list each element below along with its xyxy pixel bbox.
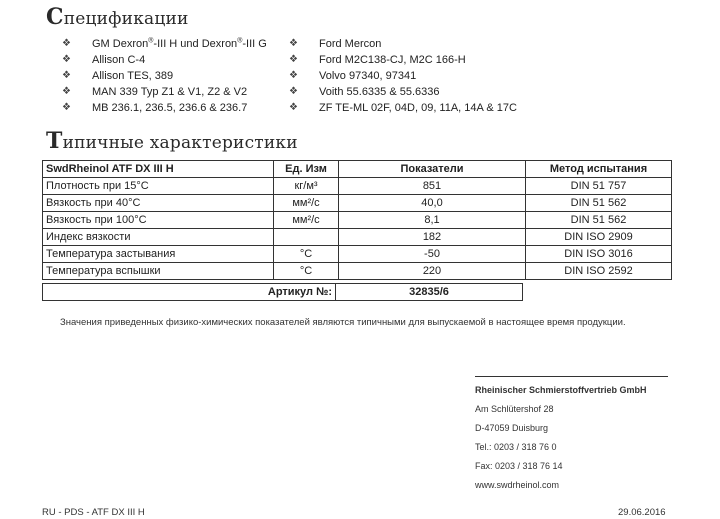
property-method: DIN 51 562 <box>526 212 672 229</box>
property-value: 182 <box>339 229 526 246</box>
spec-item: ❖Voith 55.6335 & 55.6336 <box>289 84 517 100</box>
article-row: Артикул №: 32835/6 <box>43 284 523 301</box>
article-number-table: Артикул №: 32835/6 <box>42 283 523 301</box>
property-unit: мм²/с <box>274 195 339 212</box>
spec-item: ❖MB 236.1, 236.5, 236.6 & 236.7 <box>62 100 267 116</box>
diamond-bullet-icon: ❖ <box>289 36 299 52</box>
property-method: DIN ISO 3016 <box>526 246 672 263</box>
property-unit: мм²/с <box>274 212 339 229</box>
column-header-product: SwdRheinol ATF DX III H <box>43 161 274 178</box>
property-unit: кг/м³ <box>274 178 339 195</box>
property-value: 851 <box>339 178 526 195</box>
specifications-heading: Спецификации <box>46 4 189 30</box>
property-method: DIN 51 562 <box>526 195 672 212</box>
spec-text: Allison TES, 389 <box>92 70 173 82</box>
table-row: Вязкость при 100°C мм²/с 8,1 DIN 51 562 <box>43 212 672 229</box>
document-id: RU - PDS - ATF DX III H <box>42 507 145 518</box>
spec-item: ❖MAN 339 Typ Z1 & V1, Z2 & V2 <box>62 84 267 100</box>
diamond-bullet-icon: ❖ <box>62 52 72 68</box>
diamond-bullet-icon: ❖ <box>62 84 72 100</box>
property-method: DIN ISO 2592 <box>526 263 672 280</box>
typical-characteristics-heading: Типичные характеристики <box>46 128 298 154</box>
document-date: 29.06.2016 <box>618 507 666 518</box>
address-city: D-47059 Duisburg <box>475 419 668 438</box>
property-unit: °C <box>274 246 339 263</box>
diamond-bullet-icon: ❖ <box>62 36 72 52</box>
property-name: Температура застывания <box>43 246 274 263</box>
spec-item: ❖Allison C-4 <box>62 52 267 68</box>
property-name: Индекс вязкости <box>43 229 274 246</box>
spec-item: ❖Ford Mercon <box>289 36 517 52</box>
diamond-bullet-icon: ❖ <box>289 84 299 100</box>
address-website: www.swdrheinol.com <box>475 476 668 495</box>
spec-text: Ford M2C138-CJ, M2C 166-H <box>319 54 466 66</box>
typical-values-note: Значения приведенных физико-химических п… <box>60 317 626 328</box>
heading-text: пецификации <box>64 9 189 29</box>
spec-item: ❖ZF TE-ML 02F, 04D, 09, 11A, 14A & 17C <box>289 100 517 116</box>
table-row: Температура вспышки °C 220 DIN ISO 2592 <box>43 263 672 280</box>
property-name: Вязкость при 100°C <box>43 212 274 229</box>
heading-text: ипичные характеристики <box>63 133 298 153</box>
spec-item: ❖Ford M2C138-CJ, M2C 166-H <box>289 52 517 68</box>
column-header-unit: Ед. Изм <box>274 161 339 178</box>
spec-text: Volvo 97340, 97341 <box>319 70 416 82</box>
heading-initial: Т <box>46 128 63 154</box>
property-name: Температура вспышки <box>43 263 274 280</box>
spec-text: MB 236.1, 236.5, 236.6 & 236.7 <box>92 102 247 114</box>
heading-initial: С <box>46 4 64 30</box>
property-value: 220 <box>339 263 526 280</box>
spec-list-left: ❖GM Dexron®-III H und Dexron®-III G ❖All… <box>62 36 267 116</box>
spec-text: GM Dexron <box>92 38 148 50</box>
properties-table: SwdRheinol ATF DX III H Ед. Изм Показате… <box>42 160 672 280</box>
address-fax: Fax: 0203 / 318 76 14 <box>475 457 668 476</box>
property-value: 40,0 <box>339 195 526 212</box>
spec-text: -III H und Dexron <box>153 38 237 50</box>
diamond-bullet-icon: ❖ <box>289 68 299 84</box>
spec-list-right: ❖Ford Mercon ❖Ford M2C138-CJ, M2C 166-H … <box>289 36 517 116</box>
diamond-bullet-icon: ❖ <box>62 68 72 84</box>
address-street: Am Schlütershof 28 <box>475 400 668 419</box>
spec-text: -III G <box>242 38 266 50</box>
company-name: Rheinischer Schmierstoffvertrieb GmbH <box>475 381 668 400</box>
spec-item: ❖GM Dexron®-III H und Dexron®-III G <box>62 36 267 52</box>
diamond-bullet-icon: ❖ <box>289 100 299 116</box>
property-name: Вязкость при 40°C <box>43 195 274 212</box>
table-row: Индекс вязкости 182 DIN ISO 2909 <box>43 229 672 246</box>
table-header-row: SwdRheinol ATF DX III H Ед. Изм Показате… <box>43 161 672 178</box>
article-value: 32835/6 <box>336 284 523 301</box>
spec-text: MAN 339 Typ Z1 & V1, Z2 & V2 <box>92 86 247 98</box>
spec-text: Allison C-4 <box>92 54 145 66</box>
spec-item: ❖Allison TES, 389 <box>62 68 267 84</box>
property-unit: °C <box>274 263 339 280</box>
diamond-bullet-icon: ❖ <box>62 100 72 116</box>
property-value: 8,1 <box>339 212 526 229</box>
table-row: Температура застывания °C -50 DIN ISO 30… <box>43 246 672 263</box>
company-address-block: Rheinischer Schmierstoffvertrieb GmbH Am… <box>475 376 668 495</box>
spec-text: Voith 55.6335 & 55.6336 <box>319 86 440 98</box>
column-header-method: Метод испытания <box>526 161 672 178</box>
address-phone: Tel.: 0203 / 318 76 0 <box>475 438 668 457</box>
spec-text: Ford Mercon <box>319 38 381 50</box>
spec-item: ❖Volvo 97340, 97341 <box>289 68 517 84</box>
spec-text: ZF TE-ML 02F, 04D, 09, 11A, 14A & 17C <box>319 102 517 114</box>
diamond-bullet-icon: ❖ <box>289 52 299 68</box>
property-method: DIN 51 757 <box>526 178 672 195</box>
property-value: -50 <box>339 246 526 263</box>
table-row: Вязкость при 40°C мм²/с 40,0 DIN 51 562 <box>43 195 672 212</box>
property-unit <box>274 229 339 246</box>
article-label: Артикул №: <box>43 284 336 301</box>
property-method: DIN ISO 2909 <box>526 229 672 246</box>
table-row: Плотность при 15°C кг/м³ 851 DIN 51 757 <box>43 178 672 195</box>
column-header-value: Показатели <box>339 161 526 178</box>
property-name: Плотность при 15°C <box>43 178 274 195</box>
